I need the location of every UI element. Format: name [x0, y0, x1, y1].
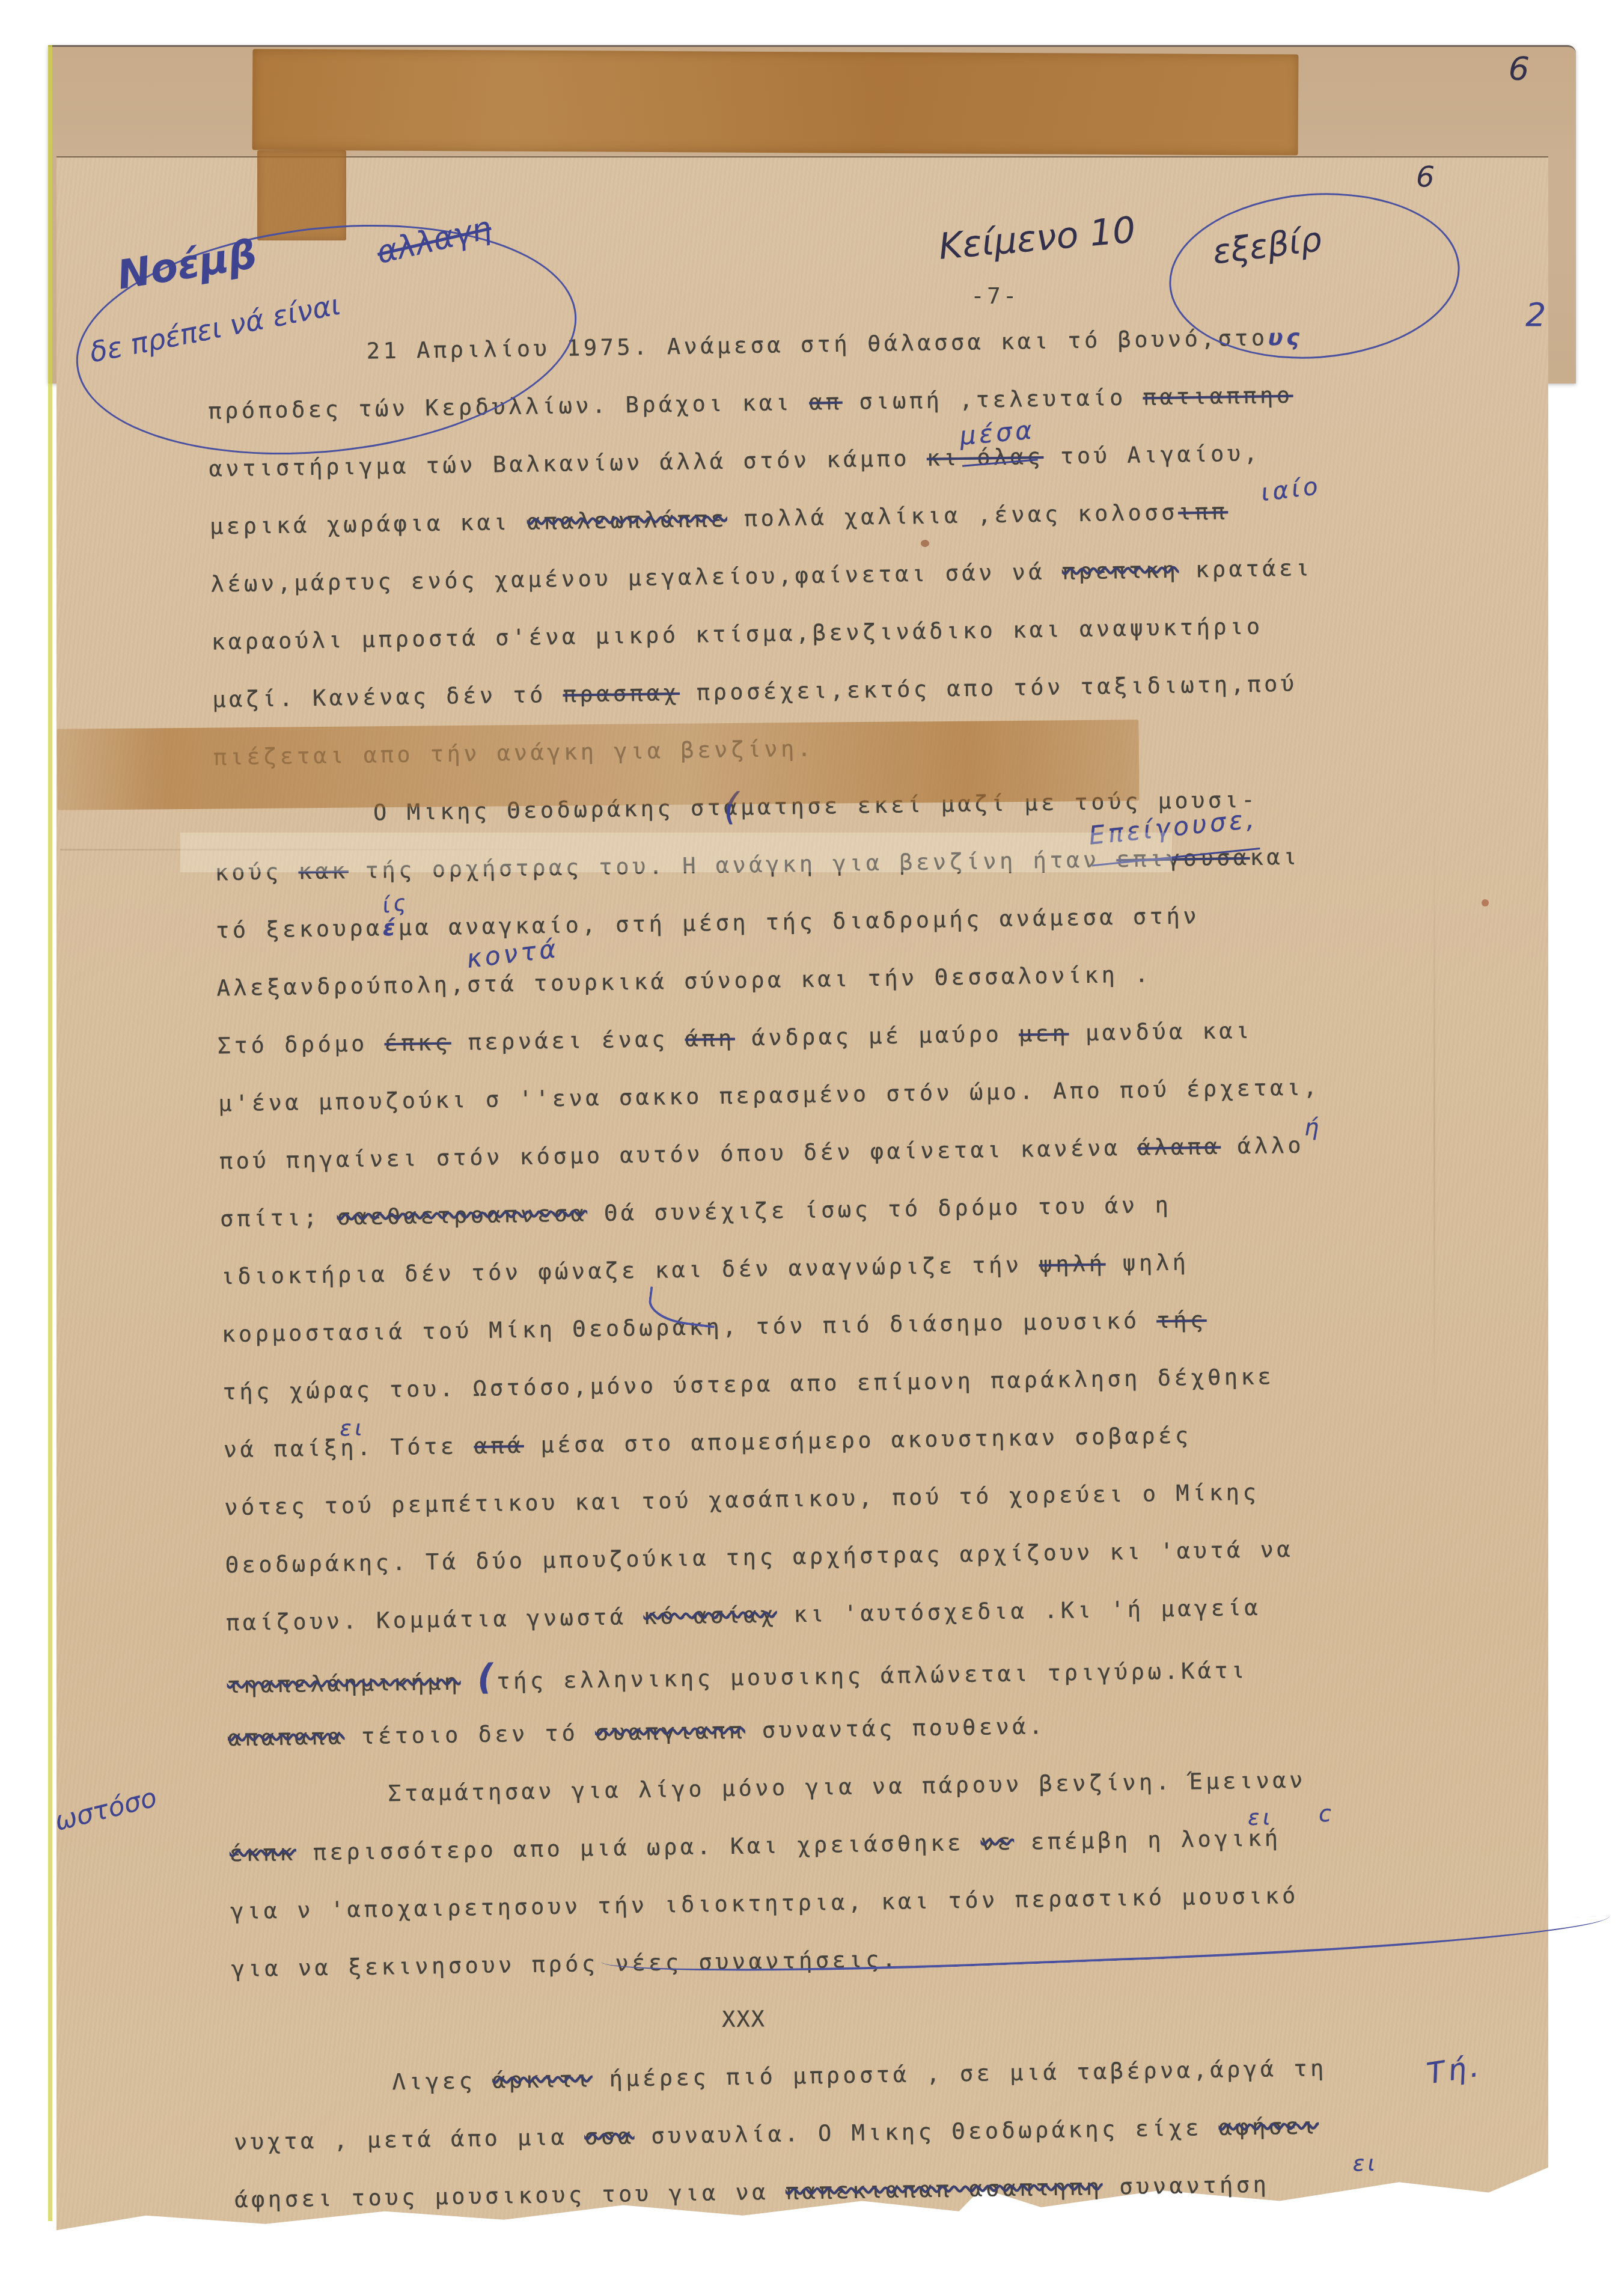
scan-edge-artifact	[48, 45, 52, 2221]
text-segment: έκπκ	[230, 1840, 297, 1867]
text-segment: μ'ένα μπουζούκι σ ''ενα σακκο περασμένο …	[218, 1074, 1320, 1116]
handwritten-correction: c	[1318, 1785, 1335, 1842]
text-segment: Λιγες	[392, 2068, 492, 2095]
text-segment: τό ξεκουρα	[216, 915, 383, 943]
text-segment: συναντάς πουθενά.	[745, 1713, 1046, 1743]
text-segment: περισσότερο απο μιά ωρα. Και χρειάσθηκε	[296, 1830, 981, 1866]
sheet-number-inner: 6	[1415, 160, 1435, 194]
adhesive-tape-middle	[56, 720, 1139, 810]
text-segment: Σταμάτησαν για λίγο μόνο για να πάρουν β…	[388, 1767, 1306, 1807]
text-segment: Αλεξανδρούπολη,στά τουρκικά σύνορα και τ…	[216, 961, 1152, 1001]
paper-stain	[1482, 899, 1489, 906]
blue-margin-number: 2	[1525, 296, 1546, 334]
text-segment: για ν 'αποχαιρετησουν τήν ιδιοκτητρια, κ…	[230, 1883, 1299, 1924]
text-segment: άφησει τους μουσικους του για να	[234, 2179, 786, 2213]
text-segment: κι 'αυτόσχεδια .Κι 'ή μαγεία	[777, 1595, 1261, 1628]
text-segment: μαζί. Κανένας δέν τό	[212, 682, 563, 713]
text-segment: σαεθαετροαπνεσα	[337, 1200, 587, 1230]
text-segment	[460, 1669, 477, 1695]
typed-text-block: 21 Απριλίου 1975. Ανάμεσα στή θάλασσα κα…	[180, 307, 1470, 2229]
handwritten-correction: ει	[1247, 1789, 1274, 1847]
handwritten-correction: ή	[1304, 1098, 1322, 1156]
text-segment: μεη	[1019, 1020, 1069, 1047]
text-segment: παπεκιαπαπ ασαπτηπη	[786, 2174, 1103, 2205]
text-segment: νε	[980, 1829, 1014, 1856]
handwritten-correction: ει	[1352, 2135, 1379, 2193]
scanned-manuscript-page: -7- 21 Απριλίου 1975. Ανάμεσα στή θάλασσ…	[0, 0, 1624, 2289]
text-segment: (	[477, 1657, 497, 1698]
text-segment: κό ασίαχ	[643, 1602, 777, 1630]
text-segment: Θά συνέχιζε ίσως τό δρόμο του άν η	[587, 1192, 1172, 1226]
text-segment: ψηλή	[1039, 1251, 1106, 1278]
text-segment: απαπαπα	[228, 1723, 345, 1751]
text-segment: απ	[809, 389, 843, 415]
text-segment: παίζουν. Κομμάτια γνωστά	[226, 1604, 644, 1636]
adhesive-tape-top	[252, 49, 1299, 155]
text-segment: Στό δρόμο	[218, 1030, 385, 1059]
page-number: -7-	[971, 283, 1019, 309]
text-segment: συαπγιαππ	[595, 1717, 746, 1746]
text-segment: πού πηγαίνει στόν κόσμο αυτόν όπου δέν φ…	[219, 1135, 1137, 1175]
text-segment: συναυλία. Ο Μικης Θεοδωράκης είχε	[634, 2115, 1219, 2149]
text-segment: ΧΧΧ	[722, 2006, 766, 2032]
text-segment: αφήσει	[1218, 2113, 1319, 2140]
text-segment: μανδύα και	[1069, 1018, 1253, 1047]
tape-residue	[180, 833, 1172, 872]
text-segment: απαλεωπλάππε	[527, 506, 727, 535]
text-segment: νότες τού ρεμπέτικου και τού χασάπικου, …	[224, 1479, 1260, 1521]
sheet-number-outer: 6	[1507, 49, 1530, 88]
text-segment: μερικά χωράφια και	[210, 509, 527, 540]
text-segment: τηαπελάημικήμη	[227, 1669, 460, 1699]
typed-line: ΧΧΧ	[721, 1980, 1467, 2049]
text-segment: προσέχει,εκτός απο τόν ταξιδιωτη,πού	[680, 671, 1298, 706]
handwritten-insertion: κοντά	[463, 920, 563, 988]
text-segment: άλλο	[1221, 1132, 1305, 1160]
text-segment: άπη	[685, 1025, 735, 1052]
text-segment: επέμβη η λογική	[1014, 1825, 1281, 1855]
text-segment: ιππ	[1178, 498, 1229, 525]
text-segment: συναντήση	[1102, 2172, 1269, 2200]
text-segment: άνδρας μέ μαύρο	[735, 1021, 1019, 1051]
text-segment: ψηλή	[1105, 1249, 1189, 1276]
text-segment: τής	[1156, 1307, 1207, 1333]
text-segment: πολλά χαλίκια ,ένας κολοσσ	[727, 500, 1179, 532]
text-segment: περνάει ένας	[451, 1026, 685, 1056]
handwritten-correction: μέσα	[957, 402, 1038, 467]
text-segment: νυχτα , μετά άπο μια	[234, 2124, 585, 2156]
text-segment: απά	[474, 1432, 524, 1459]
text-segment: άρκιτι	[492, 2066, 593, 2093]
text-segment: Θεοδωράκης. Τά δύο μπουζούκια της αρχήστ…	[225, 1536, 1293, 1578]
handwritten-correction: ει	[340, 1400, 366, 1458]
text-segment: λέων,μάρτυς ενός χαμένου μεγαλείου,φαίνε…	[210, 558, 1062, 597]
text-segment: καραούλι μπροστά σ'ένα μικρό κτίσμα,βενζ…	[212, 614, 1263, 655]
text-segment: τής ελληνικης μουσικης άπλώνεται τριγύρω…	[496, 1657, 1248, 1695]
text-segment: σπίτι;	[220, 1204, 337, 1232]
text-segment: ιδιοκτήρια δέν τόν φώναζε και δέν αναγνώ…	[221, 1251, 1039, 1289]
handwritten-correction: ιαίο	[1258, 457, 1325, 522]
text-segment: σσα	[584, 2123, 635, 2150]
handwritten-correction: Τή.	[1423, 2037, 1486, 2103]
text-segment: κρατάει	[1179, 555, 1313, 582]
text-segment: ήμέρες πιό μπροστά , σε μιά ταβέρνα,άργά…	[592, 2055, 1327, 2092]
text-segment: μέσα στο απομεσήμερο ακουστηκαν σοβαρές	[524, 1422, 1192, 1458]
text-segment: τού Αιγαίου,	[1043, 441, 1261, 469]
text-segment: τέτοιο δεν τό	[344, 1720, 595, 1749]
text-segment: έπκς	[384, 1030, 451, 1057]
text-segment: πατιαππηο	[1143, 382, 1293, 411]
text-segment: άλαπα	[1137, 1134, 1221, 1161]
text-segment: πρασπαχ	[563, 680, 680, 707]
text-segment: πρεπτκη	[1062, 557, 1179, 585]
text-segment: τής χώρας του. Ωστόσο,μόνο ύστερα απο επ…	[222, 1363, 1274, 1405]
